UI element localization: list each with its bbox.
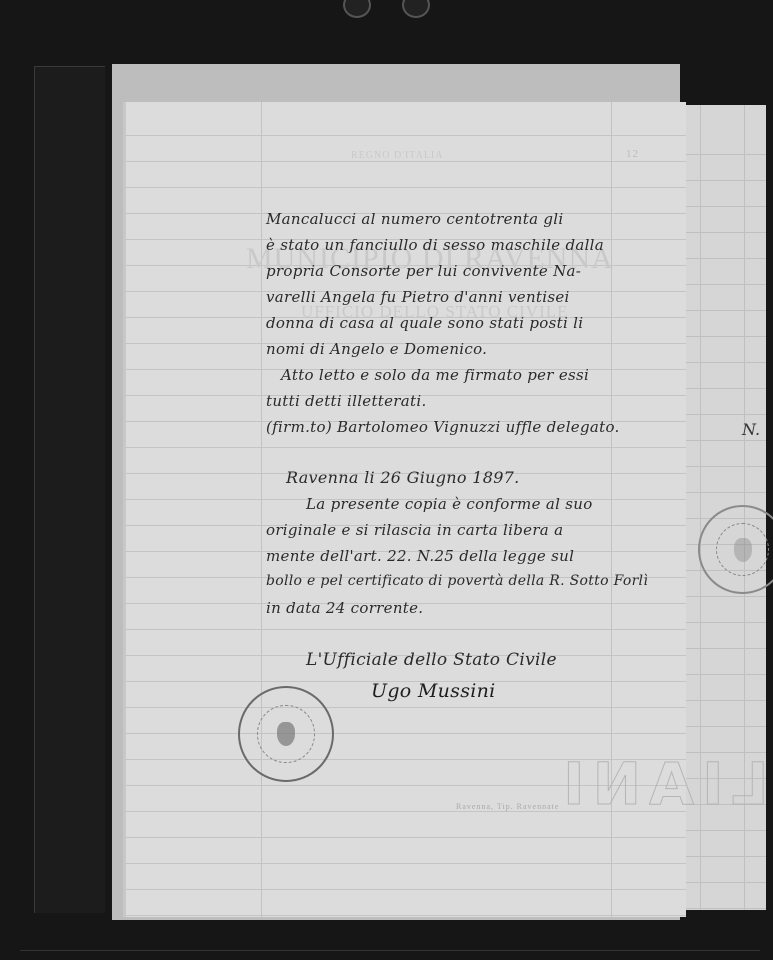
- record-line: (firm.to) Bartolomeo Vignuzzi uffle dele…: [266, 418, 620, 436]
- certification-line: originale e si rilascia in carta libera …: [266, 521, 563, 539]
- binder-clip-icon: [402, 0, 430, 18]
- bleed-through-print: ILIANI: [555, 750, 773, 818]
- record-line: Mancalucci al numero centotrenta gli: [266, 210, 564, 228]
- certification-line: mente dell'art. 22. N.25 della legge sul: [266, 547, 574, 565]
- emblem-icon: [734, 538, 752, 562]
- margin-note: N.: [742, 420, 760, 439]
- binder-clip-icon: [343, 0, 371, 18]
- municipal-seal-stamp: [238, 686, 334, 782]
- record-line: donna di casa al quale sono stati posti …: [266, 314, 583, 332]
- record-line: Atto letto e solo da me firmato per essi: [281, 366, 589, 384]
- record-line: varelli Angela fu Pietro d'anni ventisei: [266, 288, 570, 306]
- certification-line: bollo e pel certificato di povertà della…: [266, 573, 648, 589]
- scanner-frame: [34, 66, 105, 913]
- record-line: tutti detti illetterati.: [266, 392, 427, 410]
- official-signature: Ugo Mussini: [371, 680, 496, 702]
- scanner-frame-edge: [20, 950, 760, 951]
- record-line: è stato un fanciullo di sesso maschile d…: [266, 236, 604, 254]
- certification-line: La presente copia è conforme al suo: [306, 495, 593, 513]
- printed-header: REGNO D'ITALIA: [351, 150, 444, 161]
- record-line: propria Consorte per lui convivente Na-: [266, 262, 581, 280]
- signature-title: L'Ufficiale dello Stato Civile: [306, 650, 557, 670]
- page-number: 12: [626, 148, 639, 160]
- printer-footer: Ravenna, Tip. Ravennate: [456, 802, 559, 811]
- coat-of-arms-icon: [277, 722, 295, 746]
- certification-date: Ravenna li 26 Giugno 1897.: [286, 468, 520, 487]
- record-line: nomi di Angelo e Domenico.: [266, 340, 487, 358]
- certification-line: in data 24 corrente.: [266, 599, 423, 617]
